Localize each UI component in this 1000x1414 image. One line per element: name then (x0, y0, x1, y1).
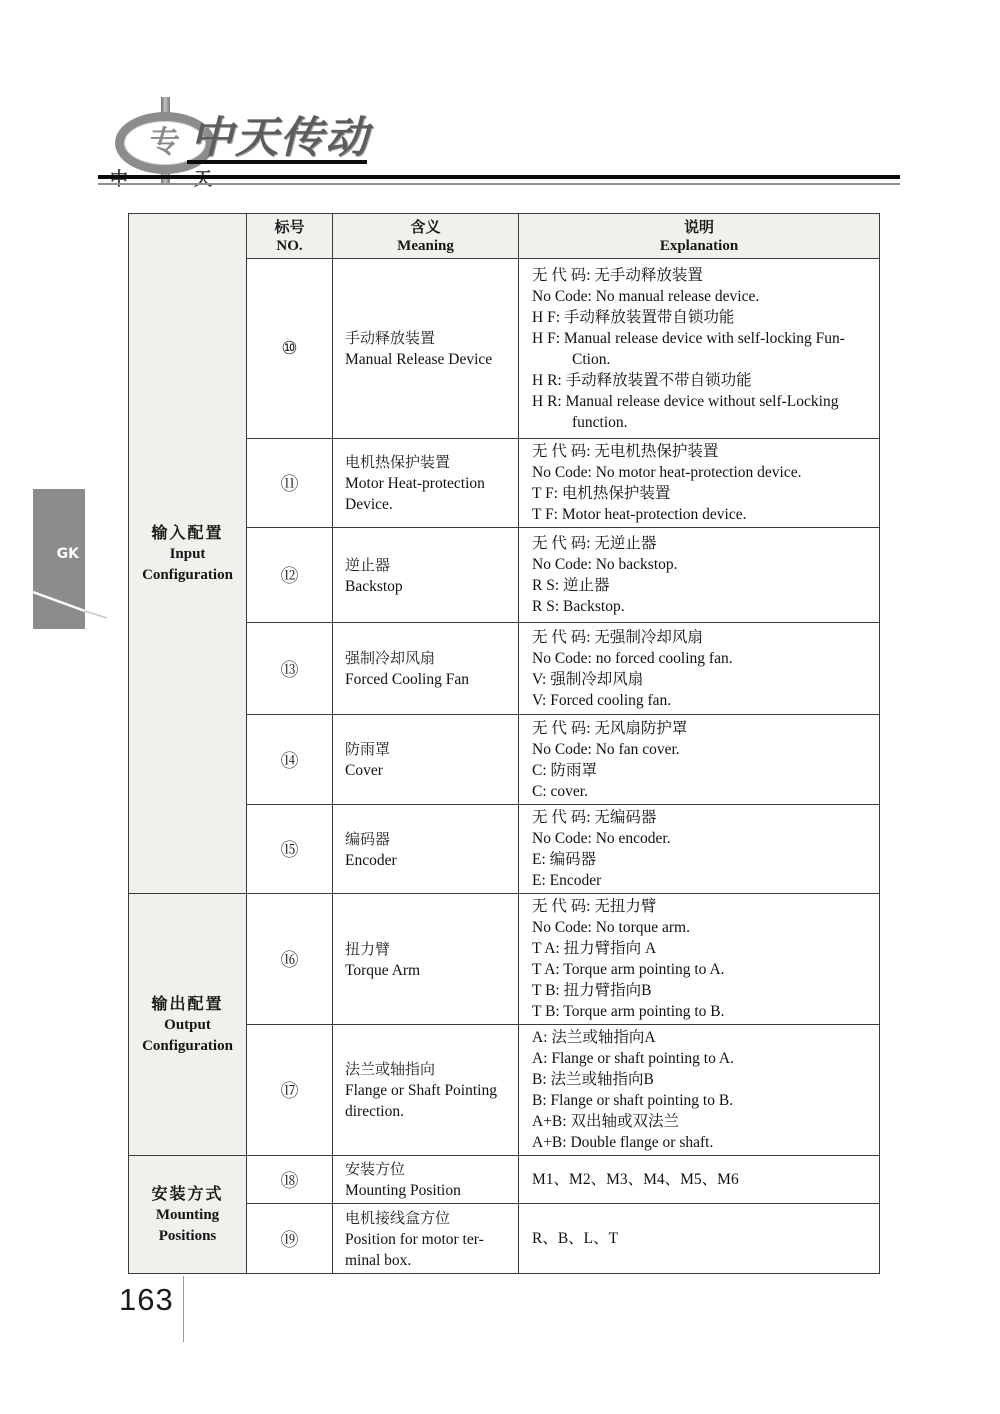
column-header-no: 标号NO. (247, 214, 333, 259)
explanation-line: V: Forced cooling fan. (532, 690, 875, 711)
explanation-line: T A: Torque arm pointing to A. (532, 959, 875, 980)
column-header-no-zh: 标号 (247, 217, 332, 237)
explanation-cell: 无 代 码: 无电机热保护装置No Code: No motor heat-pr… (519, 439, 880, 528)
explanation-line: T B: 扭力臂指向B (532, 980, 875, 1001)
explanation-line: R S: 逆止器 (532, 575, 875, 596)
explanation-line: V: 强制冷却风扇 (532, 669, 875, 690)
group-label-zh: 输出配置 (131, 993, 244, 1015)
explanation-line: No Code: No backstop. (532, 554, 875, 575)
explanation-line: No Code: No fan cover. (532, 739, 875, 760)
meaning-line: 手动释放装置 (345, 327, 512, 349)
explanation-line: C: 防雨罩 (532, 760, 875, 781)
explanation-cell: 无 代 码: 无手动释放装置No Code: No manual release… (519, 259, 880, 439)
table-row: 输出配置OutputConfiguration⑯扭力臂Torque Arm无 代… (129, 894, 880, 1025)
row-group-label: 输入配置InputConfiguration (129, 214, 247, 894)
table-header-row: 输入配置InputConfiguration标号NO.含义Meaning说明Ex… (129, 214, 880, 259)
explanation-line: No Code: No manual release device. (532, 286, 875, 307)
meaning-line: Cover (345, 760, 512, 781)
meaning-line: Mounting Position (345, 1180, 512, 1201)
explanation-line: 无 代 码: 无手动释放装置 (532, 265, 875, 286)
page-number-rule (183, 1276, 184, 1342)
explanation-line: 无 代 码: 无强制冷却风扇 (532, 627, 875, 648)
meaning-line: 逆止器 (345, 554, 512, 576)
explanation-line: T B: Torque arm pointing to B. (532, 1001, 875, 1022)
row-number: ⑭ (247, 715, 333, 805)
explanation-line: H F: 手动释放装置带自锁功能 (532, 307, 875, 328)
group-label-en: Positions (131, 1226, 244, 1247)
explanation-line: A+B: Double flange or shaft. (532, 1132, 875, 1153)
explanation-line: No Code: No encoder. (532, 828, 875, 849)
explanation-line: 无 代 码: 无编码器 (532, 807, 875, 828)
explanation-line: H F: Manual release device with self-loc… (532, 328, 875, 349)
row-number: ⑬ (247, 623, 333, 715)
meaning-line: 扭力臂 (345, 938, 512, 960)
explanation-cell: M1、M2、M3、M4、M5、M6 (519, 1156, 880, 1204)
meaning-line: 编码器 (345, 828, 512, 850)
brand-underline (187, 160, 367, 164)
explanation-line: H R: Manual release device without self-… (532, 391, 875, 412)
meaning-line: Motor Heat-protection (345, 473, 512, 494)
explanation-line: T A: 扭力臂指向 A (532, 938, 875, 959)
header-rule-thin (98, 183, 900, 185)
meaning-line: Manual Release Device (345, 349, 512, 370)
column-header-no-en: NO. (247, 237, 332, 256)
meaning-line: 防雨罩 (345, 738, 512, 760)
row-number: ⑯ (247, 894, 333, 1025)
header-rule-thick (98, 175, 900, 179)
row-number: ⑮ (247, 805, 333, 894)
meaning-cell: 法兰或轴指向Flange or Shaft Pointingdirection. (333, 1025, 519, 1156)
explanation-line: A+B: 双出轴或双法兰 (532, 1111, 875, 1132)
row-number: ⑩ (247, 259, 333, 439)
meaning-cell: 强制冷却风扇Forced Cooling Fan (333, 623, 519, 715)
column-header-explanation-en: Explanation (519, 237, 879, 256)
meaning-line: 电机接线盒方位 (345, 1207, 512, 1229)
row-number: ⑫ (247, 528, 333, 623)
meaning-line: direction. (345, 1101, 512, 1122)
page-number: 163 (119, 1282, 174, 1318)
group-label-en: Configuration (131, 565, 244, 586)
group-label-zh: 安装方式 (131, 1183, 244, 1205)
group-label-en: Configuration (131, 1036, 244, 1057)
meaning-cell: 手动释放装置Manual Release Device (333, 259, 519, 439)
explanation-line: M1、M2、M3、M4、M5、M6 (532, 1169, 875, 1190)
explanation-line: T F: Motor heat-protection device. (532, 504, 875, 525)
row-group-label: 安装方式MountingPositions (129, 1156, 247, 1274)
explanation-line: No Code: No torque arm. (532, 917, 875, 938)
row-number: ⑲ (247, 1204, 333, 1274)
meaning-cell: 安装方位Mounting Position (333, 1156, 519, 1204)
explanation-line: A: Flange or shaft pointing to A. (532, 1048, 875, 1069)
explanation-line: R S: Backstop. (532, 596, 875, 617)
meaning-line: Flange or Shaft Pointing (345, 1080, 512, 1101)
meaning-cell: 电机热保护装置Motor Heat-protectionDevice. (333, 439, 519, 528)
meaning-line: Backstop (345, 576, 512, 597)
meaning-line: minal box. (345, 1250, 512, 1271)
explanation-line: T F: 电机热保护装置 (532, 483, 875, 504)
explanation-cell: 无 代 码: 无强制冷却风扇No Code: no forced cooling… (519, 623, 880, 715)
explanation-cell: 无 代 码: 无编码器No Code: No encoder.E: 编码器E: … (519, 805, 880, 894)
column-header-explanation-zh: 说明 (519, 217, 879, 237)
explanation-line: No Code: no forced cooling fan. (532, 648, 875, 669)
explanation-cell: 无 代 码: 无逆止器No Code: No backstop.R S: 逆止器… (519, 528, 880, 623)
meaning-line: 法兰或轴指向 (345, 1058, 512, 1080)
explanation-cell: A: 法兰或轴指向AA: Flange or shaft pointing to… (519, 1025, 880, 1156)
explanation-line: function. (532, 412, 875, 433)
meaning-line: Device. (345, 494, 512, 515)
meaning-cell: 电机接线盒方位Position for motor ter-minal box. (333, 1204, 519, 1274)
explanation-line: A: 法兰或轴指向A (532, 1027, 875, 1048)
logo-glyph-icon: 专 (150, 128, 180, 158)
explanation-line: B: Flange or shaft pointing to B. (532, 1090, 875, 1111)
explanation-line: E: 编码器 (532, 849, 875, 870)
section-tab-diagonal-line (33, 583, 108, 621)
spec-table: 输入配置InputConfiguration标号NO.含义Meaning说明Ex… (128, 213, 880, 1274)
meaning-line: Position for motor ter- (345, 1229, 512, 1250)
explanation-cell: R、B、L、T (519, 1204, 880, 1274)
row-number: ⑪ (247, 439, 333, 528)
row-group-label: 输出配置OutputConfiguration (129, 894, 247, 1156)
explanation-cell: 无 代 码: 无扭力臂No Code: No torque arm.T A: 扭… (519, 894, 880, 1025)
explanation-line: H R: 手动释放装置不带自锁功能 (532, 370, 875, 391)
row-number: ⑱ (247, 1156, 333, 1204)
explanation-line: 无 代 码: 无电机热保护装置 (532, 441, 875, 462)
explanation-line: 无 代 码: 无风扇防护罩 (532, 718, 875, 739)
meaning-cell: 防雨罩Cover (333, 715, 519, 805)
meaning-line: Torque Arm (345, 960, 512, 981)
column-header-explanation: 说明Explanation (519, 214, 880, 259)
meaning-line: Encoder (345, 850, 512, 871)
meaning-cell: 编码器Encoder (333, 805, 519, 894)
explanation-line: 无 代 码: 无扭力臂 (532, 896, 875, 917)
explanation-line: R、B、L、T (532, 1228, 875, 1249)
column-header-meaning-zh: 含义 (333, 217, 518, 237)
brand-name: 中天传动 (190, 104, 370, 165)
explanation-line: Ction. (532, 349, 875, 370)
meaning-line: 安装方位 (345, 1158, 512, 1180)
meaning-line: 电机热保护装置 (345, 451, 512, 473)
table-row: 安装方式MountingPositions⑱安装方位Mounting Posit… (129, 1156, 880, 1204)
group-label-en: Input (131, 544, 244, 565)
column-header-meaning-en: Meaning (333, 237, 518, 256)
explanation-line: C: cover. (532, 781, 875, 802)
group-label-zh: 输入配置 (131, 522, 244, 544)
meaning-line: 强制冷却风扇 (345, 647, 512, 669)
meaning-cell: 逆止器Backstop (333, 528, 519, 623)
explanation-line: No Code: No motor heat-protection device… (532, 462, 875, 483)
explanation-line: 无 代 码: 无逆止器 (532, 533, 875, 554)
column-header-meaning: 含义Meaning (333, 214, 519, 259)
meaning-cell: 扭力臂Torque Arm (333, 894, 519, 1025)
explanation-line: B: 法兰或轴指向B (532, 1069, 875, 1090)
explanation-line: E: Encoder (532, 870, 875, 891)
explanation-cell: 无 代 码: 无风扇防护罩No Code: No fan cover.C: 防雨… (519, 715, 880, 805)
meaning-line: Forced Cooling Fan (345, 669, 512, 690)
row-number: ⑰ (247, 1025, 333, 1156)
section-tab-label: GK (57, 546, 79, 562)
group-label-en: Mounting (131, 1205, 244, 1226)
group-label-en: Output (131, 1015, 244, 1036)
